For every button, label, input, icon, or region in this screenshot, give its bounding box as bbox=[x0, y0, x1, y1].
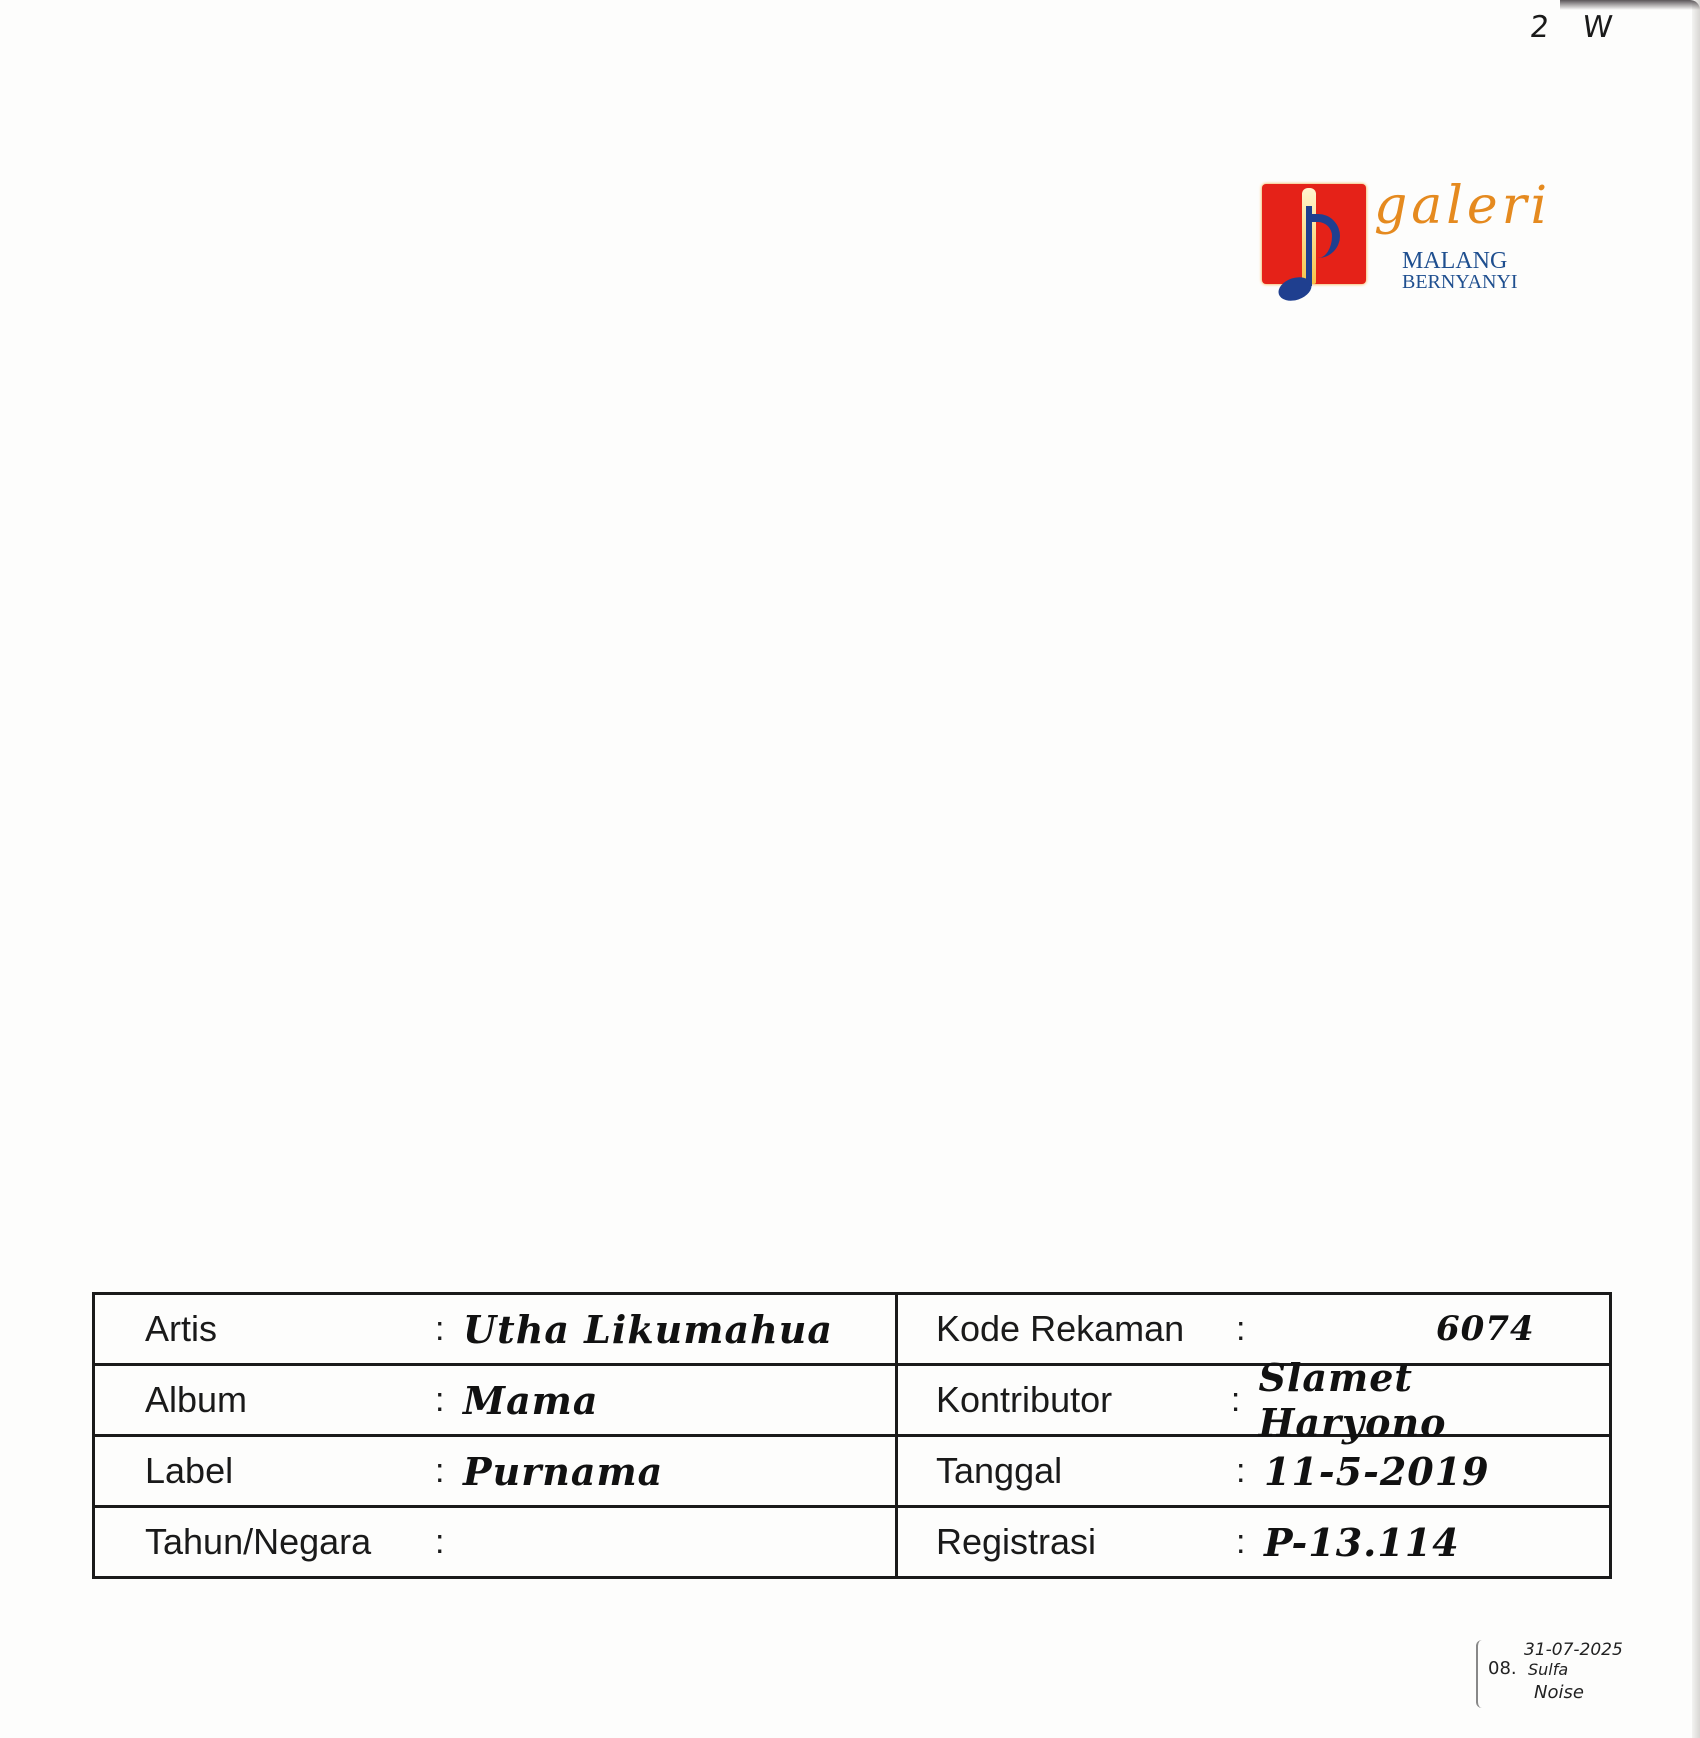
field-tahun-negara: Tahun/Negara : bbox=[94, 1507, 897, 1578]
table-row: Label : Purnama Tanggal : 11-5-2019 bbox=[94, 1436, 1611, 1507]
field-separator: : bbox=[1236, 1452, 1256, 1491]
field-label-company: Label : Purnama bbox=[94, 1436, 897, 1507]
field-value: Utha Likumahua bbox=[455, 1307, 833, 1352]
table-row: Tahun/Negara : Registrasi : P-13.114 bbox=[94, 1507, 1611, 1578]
field-album: Album : Mama bbox=[94, 1365, 897, 1436]
field-label: Registrasi bbox=[898, 1521, 1236, 1563]
field-value: Slamet Haryono bbox=[1251, 1355, 1610, 1445]
field-value: Mama bbox=[455, 1378, 599, 1423]
field-separator: : bbox=[435, 1381, 455, 1420]
field-label: Label bbox=[95, 1450, 435, 1492]
logo-line1: MALANG bbox=[1402, 250, 1507, 272]
logo-wordmark: galeri bbox=[1374, 176, 1551, 236]
field-label: Artis bbox=[95, 1308, 435, 1350]
field-separator: : bbox=[1231, 1381, 1251, 1420]
field-artis: Artis : Utha Likumahua bbox=[94, 1294, 897, 1365]
field-separator: : bbox=[1236, 1310, 1256, 1349]
field-value: 6074 bbox=[1256, 1309, 1535, 1349]
card-edge bbox=[1692, 0, 1700, 1738]
card-corner-shadow bbox=[1560, 0, 1700, 10]
field-label: Tahun/Negara bbox=[95, 1521, 435, 1563]
logo-line2: BERNYANYI bbox=[1402, 272, 1518, 292]
table-row: Album : Mama Kontributor : Slamet Haryon… bbox=[94, 1365, 1611, 1436]
record-info-table: Artis : Utha Likumahua Kode Rekaman : 60… bbox=[92, 1292, 1612, 1579]
field-separator: : bbox=[435, 1310, 455, 1349]
field-label: Album bbox=[95, 1379, 435, 1421]
table-row: Artis : Utha Likumahua Kode Rekaman : 60… bbox=[94, 1294, 1611, 1365]
stamp-note: Noise bbox=[1534, 1682, 1584, 1703]
field-separator: : bbox=[435, 1523, 455, 1562]
field-separator: : bbox=[1236, 1523, 1256, 1562]
stamp-name: Sulfa bbox=[1528, 1660, 1568, 1679]
field-value: 11-5-2019 bbox=[1256, 1449, 1490, 1494]
field-label: Kontributor bbox=[898, 1379, 1231, 1421]
galeri-malang-bernyanyi-logo: galeri MALANG BERNYANYI bbox=[1262, 182, 1562, 302]
handwritten-corner-note: 2 W bbox=[1528, 10, 1626, 45]
stamp-date: 31-07-2025 bbox=[1524, 1640, 1623, 1660]
field-separator: : bbox=[435, 1452, 455, 1491]
field-value: P-13.114 bbox=[1256, 1520, 1460, 1565]
field-tanggal: Tanggal : 11-5-2019 bbox=[897, 1436, 1611, 1507]
handwritten-stamp: 08. 31-07-2025 Sulfa Noise bbox=[1476, 1640, 1638, 1708]
field-label: Kode Rekaman bbox=[898, 1308, 1236, 1350]
field-registrasi: Registrasi : P-13.114 bbox=[897, 1507, 1611, 1578]
field-kode-rekaman: Kode Rekaman : 6074 bbox=[897, 1294, 1611, 1365]
stamp-number: 08. bbox=[1488, 1658, 1517, 1679]
field-label: Tanggal bbox=[898, 1450, 1236, 1492]
field-value: Purnama bbox=[455, 1449, 663, 1494]
field-kontributor: Kontributor : Slamet Haryono bbox=[897, 1365, 1611, 1436]
